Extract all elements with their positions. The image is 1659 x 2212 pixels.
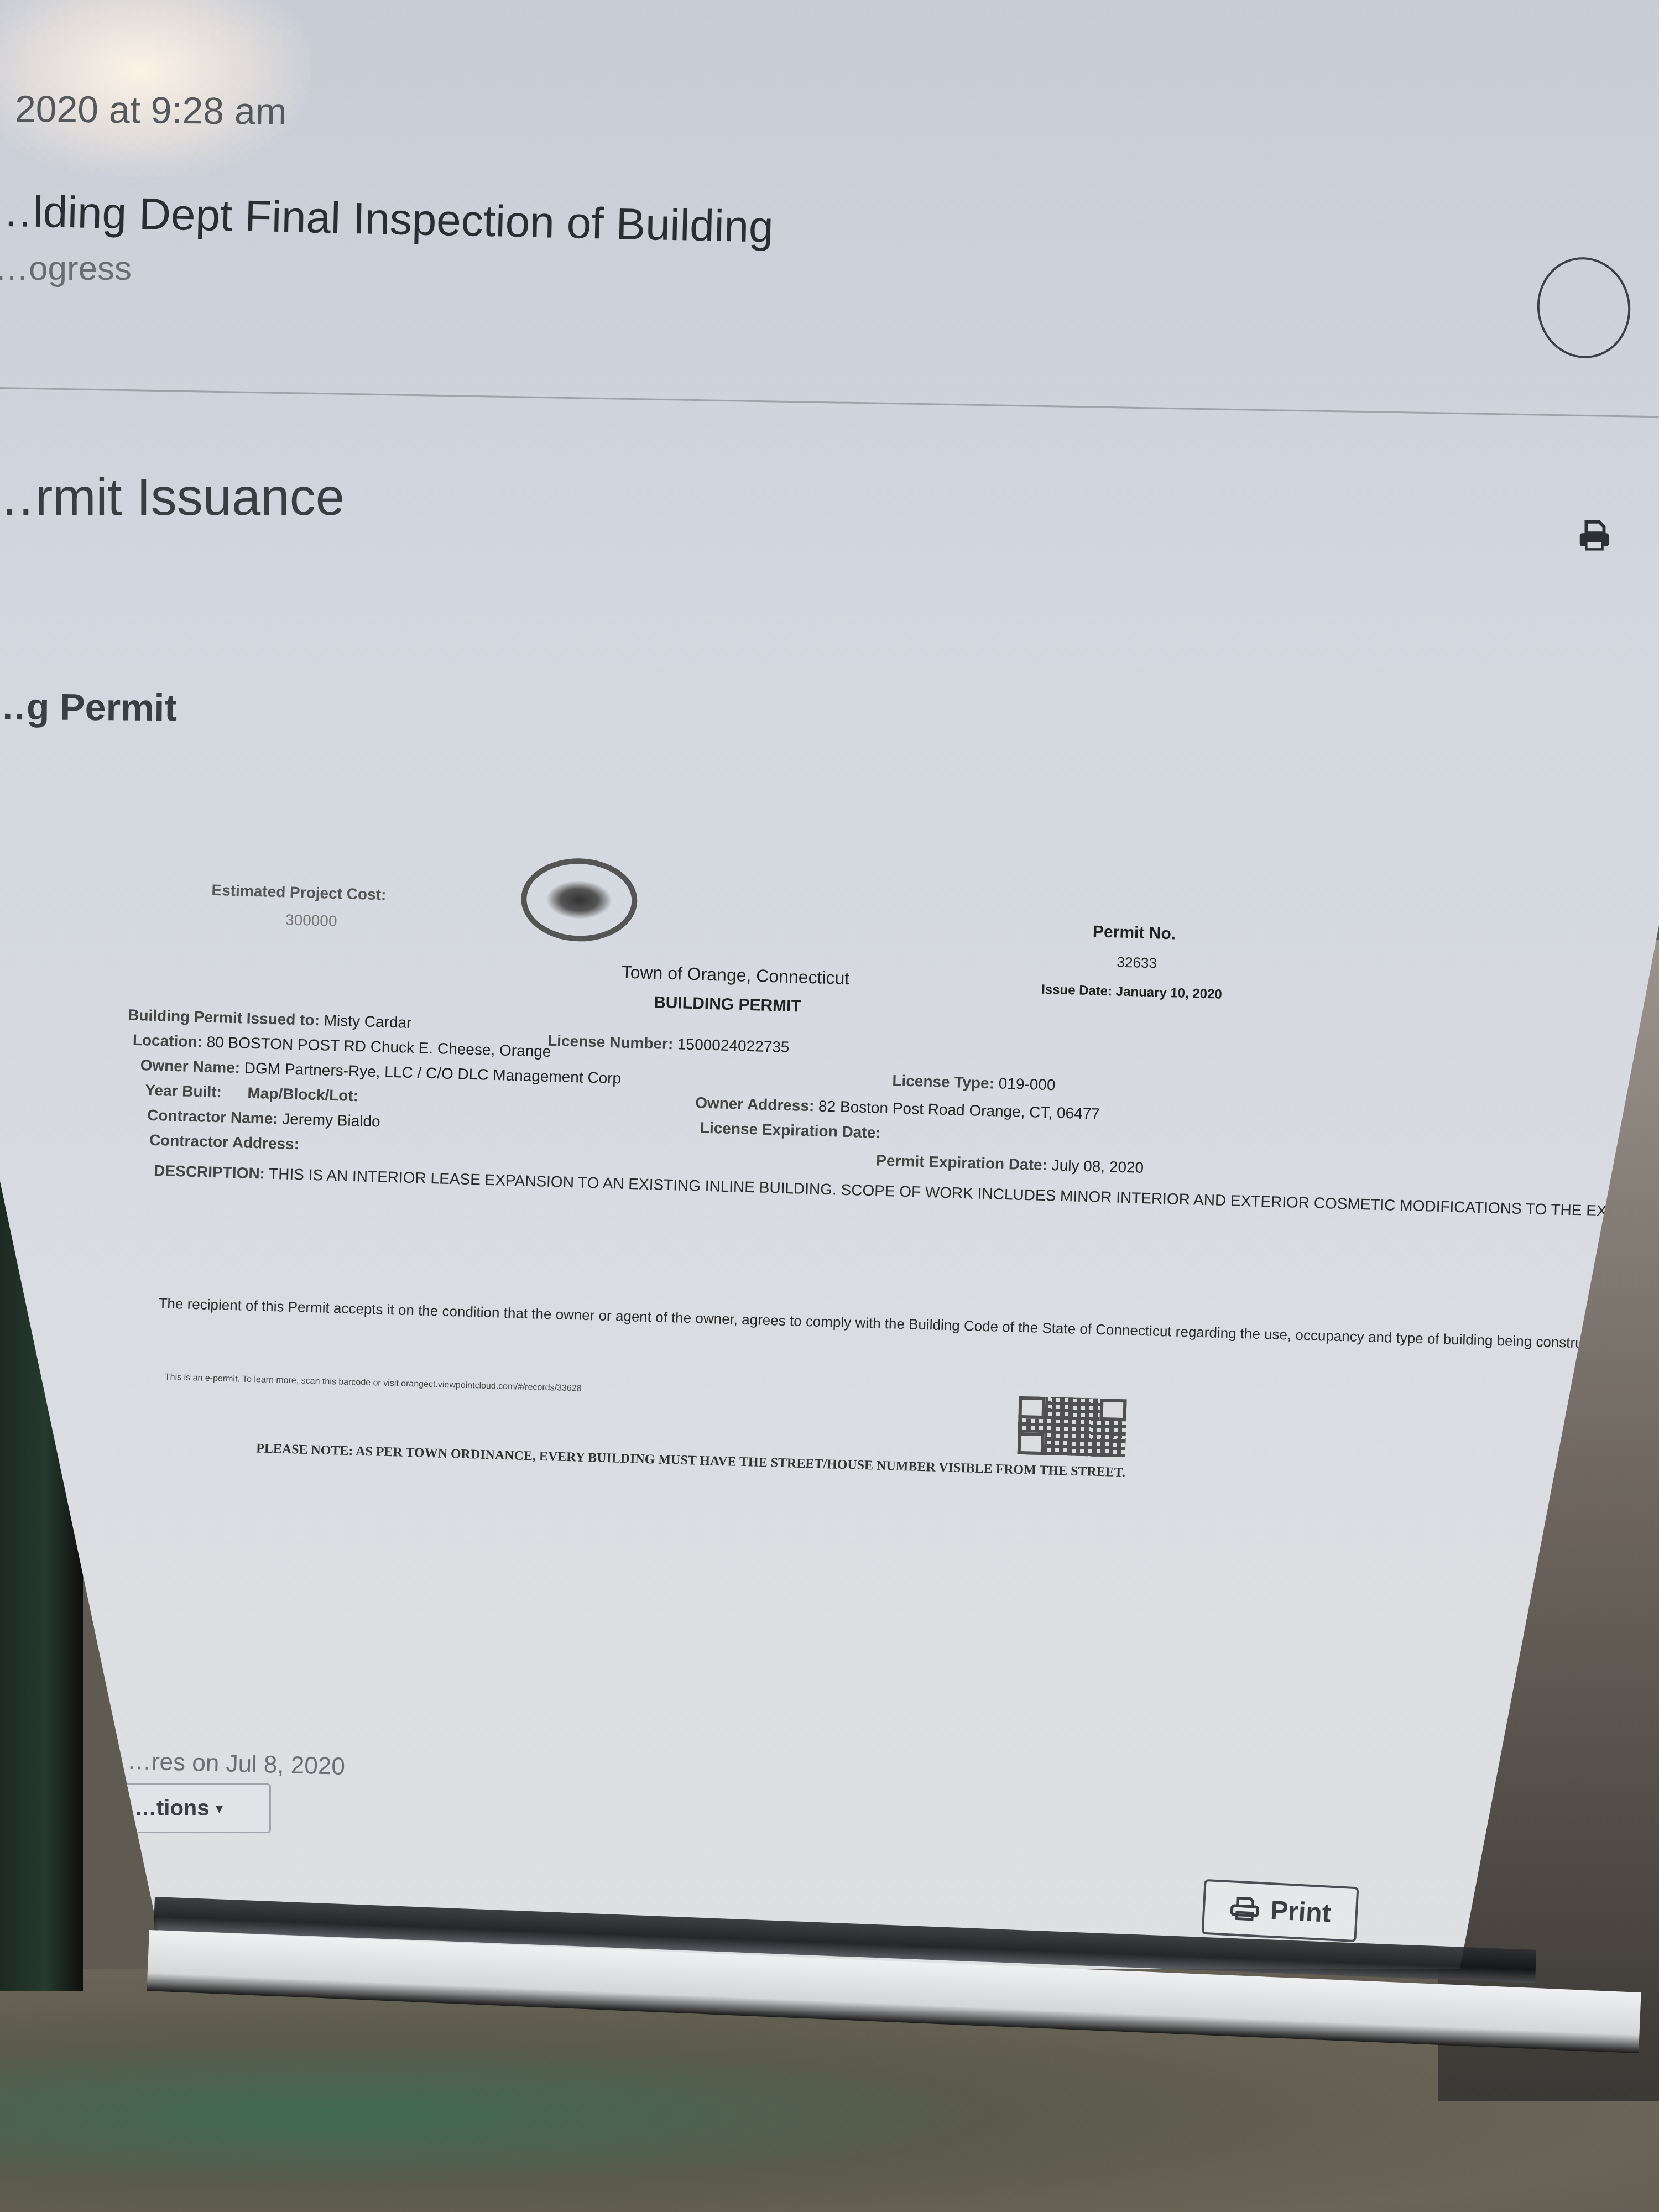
document-title: BUILDING PERMIT	[654, 993, 802, 1016]
permit-number-label: Permit No.	[1093, 922, 1176, 943]
contractor-address-row: Contractor Address:	[149, 1131, 299, 1154]
section-title: …rmit Issuance	[0, 467, 345, 527]
license-expiration-label: License Expiration Date:	[700, 1119, 881, 1141]
print-button[interactable]: Print	[1202, 1879, 1359, 1943]
estimated-cost-value: 300000	[285, 911, 337, 930]
expires-date: …res on Jul 8, 2020	[127, 1747, 345, 1781]
issued-to-value: Misty Cardar	[324, 1012, 412, 1031]
town-seal-icon	[520, 857, 638, 943]
section-divider	[0, 387, 1659, 418]
activity-timestamp: … 2020 at 9:28 am	[0, 87, 287, 133]
permit-conditions-notice: The recipient of this Permit accepts it …	[158, 1295, 1259, 1342]
actions-label: …tions	[134, 1796, 210, 1821]
permit-number: 32633	[1117, 954, 1157, 972]
permit-expiration-label: Permit Expiration Date:	[876, 1151, 1047, 1173]
license-expiration-row: License Expiration Date:	[700, 1119, 881, 1142]
issued-to-row: Building Permit Issued to: Misty Cardar	[128, 1006, 412, 1032]
permit-screen: … 2020 at 9:28 am …lding Dept Final Insp…	[0, 0, 1659, 1969]
owner-address-value: 82 Boston Post Road Orange, CT, 06477	[818, 1098, 1100, 1123]
estimated-cost-label: Estimated Project Cost:	[211, 881, 387, 904]
printer-icon	[1229, 1895, 1261, 1923]
location-label: Location:	[133, 1031, 203, 1051]
map-block-lot-label: Map/Block/Lot:	[247, 1084, 358, 1105]
town-name: Town of Orange, Connecticut	[621, 962, 850, 989]
license-type-label: License Type:	[892, 1072, 994, 1092]
actions-dropdown-button[interactable]: …tions ▾	[116, 1783, 271, 1833]
chevron-down-icon: ▾	[216, 1801, 223, 1817]
contractor-address-label: Contractor Address:	[149, 1131, 299, 1153]
location-value: 80 BOSTON POST RD Chuck E. Cheese, Orang…	[206, 1034, 551, 1060]
year-built-label: Year Built:	[145, 1082, 222, 1101]
location-row: Location: 80 BOSTON POST RD Chuck E. Che…	[132, 1031, 551, 1061]
print-label: Print	[1270, 1895, 1332, 1929]
permit-expiration-row: Permit Expiration Date: July 08, 2020	[876, 1151, 1144, 1177]
contractor-name-label: Contractor Name:	[147, 1107, 278, 1128]
building-permit-document: Estimated Project Cost: 300000 Town of O…	[118, 841, 1299, 1592]
qr-code-icon	[1018, 1396, 1127, 1457]
status-circle-icon[interactable]	[1529, 250, 1638, 366]
issued-to-label: Building Permit Issued to:	[128, 1006, 320, 1029]
barcode-note: This is an e-permit. To learn more, scan…	[165, 1373, 582, 1394]
permit-expiration-value: July 08, 2020	[1051, 1156, 1144, 1176]
license-type-value: 019-000	[998, 1075, 1056, 1094]
owner-name-value: DGM Partners-Rye, LLC / C/O DLC Manageme…	[244, 1060, 621, 1087]
subsection-title: …g Permit	[0, 685, 177, 729]
contractor-name-value: Jeremy Bialdo	[282, 1110, 380, 1130]
issue-date: Issue Date: January 10, 2020	[1041, 982, 1223, 1003]
year-built-row: Year Built: Map/Block/Lot:	[145, 1082, 359, 1105]
activity-status: …ogress	[0, 249, 132, 288]
license-number-label: License Number:	[547, 1032, 674, 1052]
owner-address-row: Owner Address: 82 Boston Post Road Orang…	[695, 1094, 1100, 1123]
license-number-value: 1500024022735	[677, 1035, 790, 1056]
activity-title[interactable]: …lding Dept Final Inspection of Building	[0, 185, 774, 253]
printer-icon[interactable]	[1575, 517, 1614, 556]
license-number-row: License Number: 1500024022735	[547, 1032, 790, 1056]
owner-name-label: Owner Name:	[140, 1056, 240, 1076]
description-label: Description:	[154, 1162, 265, 1182]
owner-address-label: Owner Address:	[695, 1094, 815, 1114]
contractor-name-row: Contractor Name: Jeremy Bialdo	[147, 1107, 380, 1131]
license-type-row: License Type: 019-000	[892, 1072, 1056, 1094]
